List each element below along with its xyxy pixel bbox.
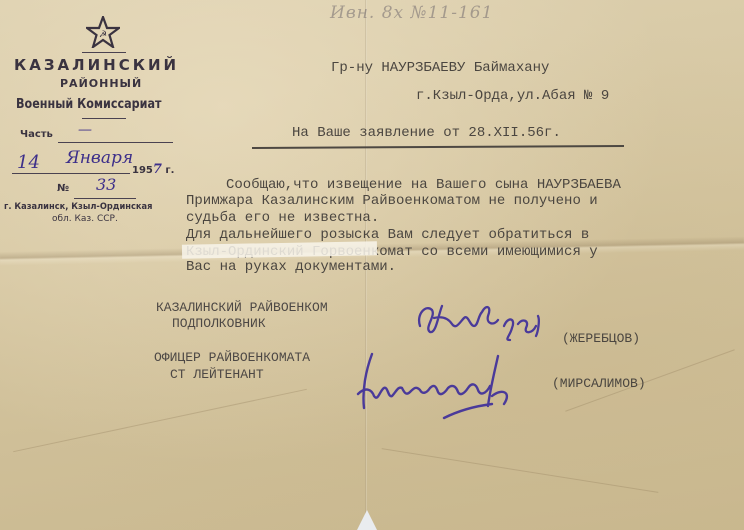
stamp-year-prefix: 195 [132,165,153,176]
signatory-1-name: (ЖЕРЕБЦОВ) [562,331,640,346]
stamp-date-year: 1957 г. [132,162,174,177]
addressee-address: г.Кзыл-Орда,ул.Абая № 9 [416,88,609,104]
stamp-region: обл. Каз. ССР. [52,214,118,224]
document-page: Ивн. 8х №11-161 ☭ КАЗАЛИНСКИЙ РАЙОННЫЙ В… [0,0,744,530]
stamp-rule [82,52,126,53]
stamp-number-value: 33 [96,175,116,194]
svg-text:☭: ☭ [99,30,107,40]
stamp-part-rule [58,142,173,143]
signatory-1-rank: ПОДПОЛКОВНИК [172,316,266,331]
signature-1-handwritten [412,296,562,356]
stamp-year-suffix: г. [165,165,174,176]
stamp-line-raion: РАЙОННЫЙ [60,77,142,90]
signatory-1-title: КАЗАЛИНСКИЙ РАЙВОЕНКОМ [156,300,328,315]
stamp-rule [82,118,126,119]
signatory-2-name: (МИРСАЛИМОВ) [552,376,646,391]
pencil-archive-note: Ивн. 8х №11-161 [330,3,493,23]
stamp-date-day: 14 [17,152,40,173]
reference-underline [252,145,624,148]
stamp-year-digit: 7 [153,162,162,177]
stamp-line-commissariat: Военный Комиссариат [16,97,162,112]
body-line: Вас на руках документами. [186,259,396,275]
stamp-number-label: № [57,183,69,194]
paper-tear [357,510,377,530]
stamp-part-label: Часть [20,129,53,140]
paper-wrinkle [382,448,659,493]
stamp-city: г. Казалинск, Кзыл-Ординская [4,202,152,212]
stamp-number-rule [74,198,136,199]
body-line: судьба его не известна. [186,210,379,226]
body-line: Примжара Казалинским Райвоенкоматом не п… [186,193,598,209]
signatory-2-rank: СТ ЛЕЙТЕНАНТ [170,367,264,382]
addressee-name: Гр-ну НАУРЗБАЕВУ Баймахану [331,60,549,76]
signature-2-handwritten [352,350,532,430]
reference-line: На Ваше заявление от 28.XII.56г. [292,125,561,141]
stamp-part-value: — [78,122,92,138]
star-icon: ☭ [86,16,120,48]
stamp-date-month: Января [66,148,133,168]
stamp-date-rule [12,173,130,174]
body-line: Сообщаю,что извещение на Вашего сына НАУ… [226,177,621,193]
body-line: Для дальнейшего розыска Вам следует обра… [186,227,589,243]
signatory-2-title: ОФИЦЕР РАЙВОЕНКОМАТА [154,350,310,365]
paper-wrinkle [13,389,307,452]
stamp-line-district: КАЗАЛИНСКИЙ [14,56,179,74]
